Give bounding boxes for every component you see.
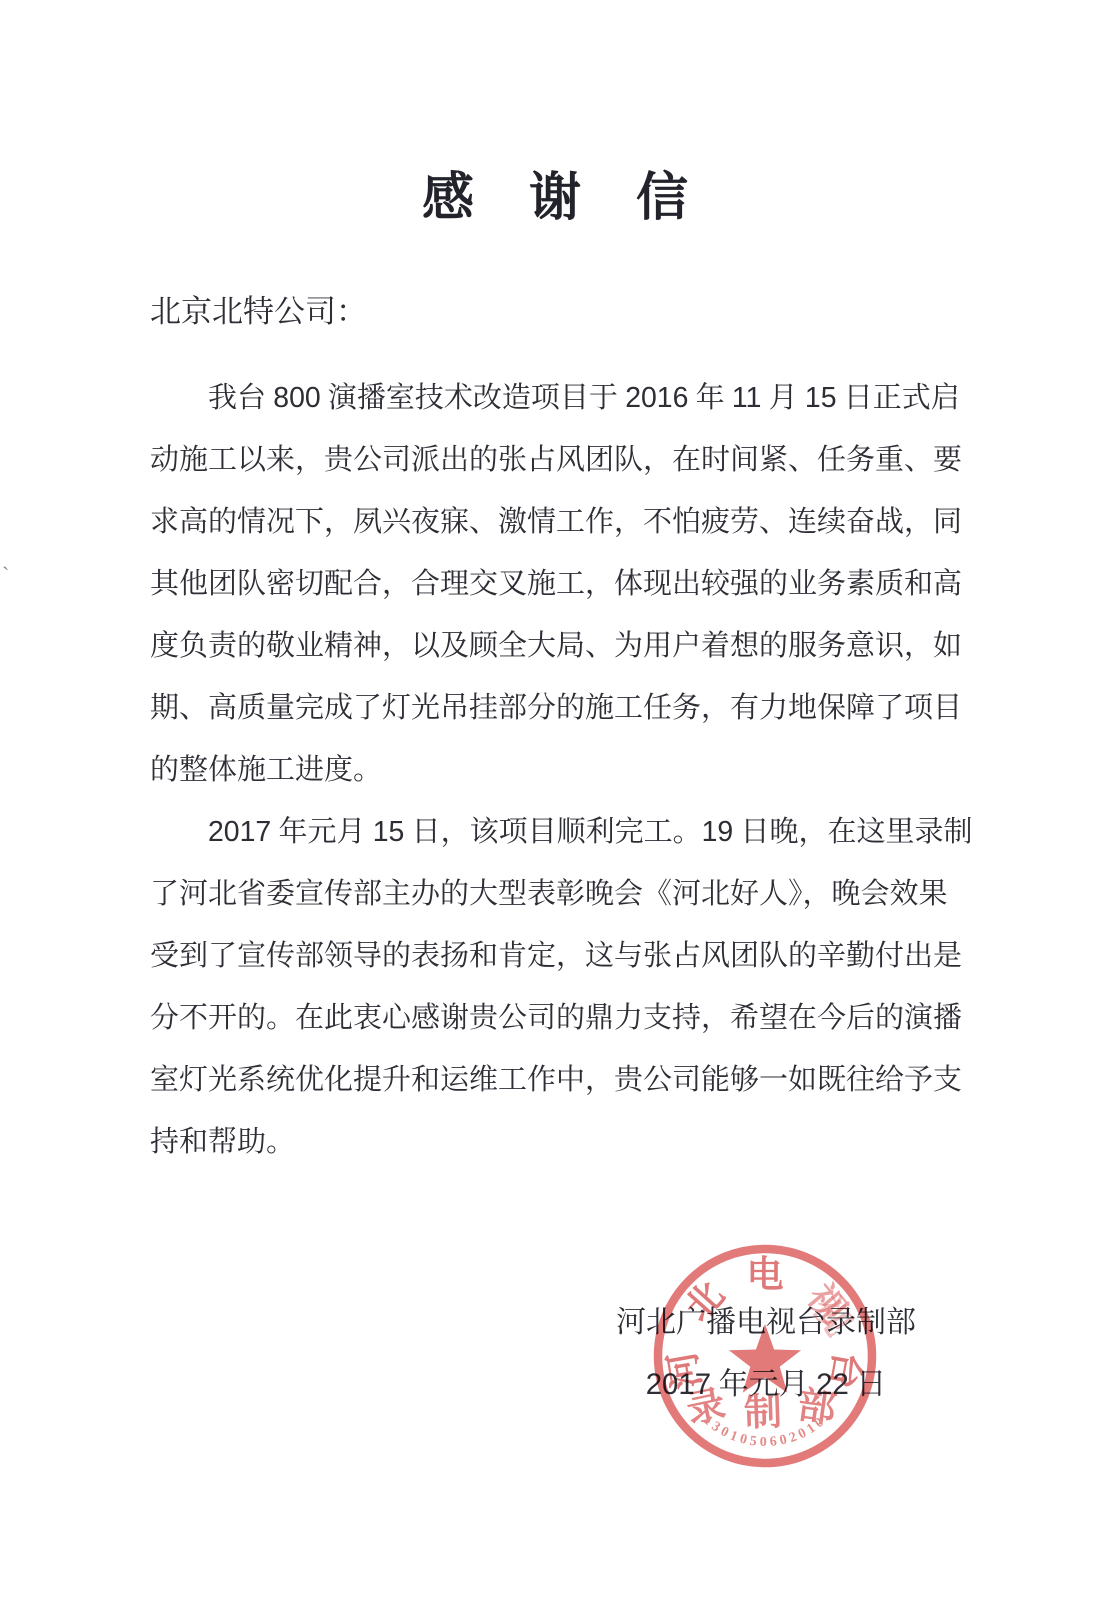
stamp-ring-char: 台 — [821, 1348, 869, 1392]
official-seal-stamp: 河 北 电 视 视 台 录 制 部 1301050602010 — [645, 1236, 885, 1476]
body-line: 期、高质量完成了灯光吊挂部分的施工任务，有力地保障了项目 — [150, 677, 930, 739]
body-line: 了河北省委宣传部主办的大型表彰晚会《河北好人》，晚会效果 — [150, 863, 930, 925]
body-line: 动施工以来，贵公司派出的张占风团队，在时间紧、任务重、要 — [150, 429, 930, 491]
scan-artifact-mark: ` — [2, 562, 9, 588]
body-line: 我台 800 演播室技术改造项目于 2016 年 11 月 15 日正式启 — [150, 367, 930, 429]
stamp-star-icon — [729, 1324, 801, 1393]
body-line: 受到了宣传部领导的表扬和肯定，这与张占风团队的辛勤付出是 — [150, 925, 930, 987]
body-line: 求高的情况下，夙兴夜寐、激情工作，不怕疲劳、连续奋战，同 — [150, 491, 930, 553]
stamp-ring-char: 河 — [661, 1348, 709, 1392]
letter-body: 我台 800 演播室技术改造项目于 2016 年 11 月 15 日正式启动施工… — [150, 367, 930, 1173]
body-line: 的整体施工进度。 — [150, 739, 930, 801]
body-line: 室灯光系统优化提升和运维工作中，贵公司能够一如既往给予支 — [150, 1049, 930, 1111]
body-line: 分不开的。在此衷心感谢贵公司的鼎力支持，希望在今后的演播 — [150, 987, 930, 1049]
paragraph-1: 我台 800 演播室技术改造项目于 2016 年 11 月 15 日正式启动施工… — [150, 367, 930, 801]
letter-page: ` 感 谢 信 北京北特公司： 我台 800 演播室技术改造项目于 2016 年… — [0, 0, 1116, 1600]
stamp-ring-char: 电 — [747, 1254, 784, 1296]
body-line: 2017 年元月 15 日，该项目顺利完工。19 日晚，在这里录制 — [150, 801, 930, 863]
letter-title: 感 谢 信 — [0, 0, 1116, 230]
paragraph-2: 2017 年元月 15 日，该项目顺利完工。19 日晚，在这里录制了河北省委宣传… — [150, 801, 930, 1173]
letter-salutation: 北京北特公司： — [150, 294, 1116, 330]
body-line: 持和帮助。 — [150, 1111, 930, 1173]
body-line: 其他团队密切配合，合理交叉施工，体现出较强的业务素质和高 — [150, 553, 930, 615]
stamp-dept-char: 制 — [743, 1391, 782, 1434]
body-line: 度负责的敬业精神，以及顾全大局、为用户着想的服务意识，如 — [150, 615, 930, 677]
